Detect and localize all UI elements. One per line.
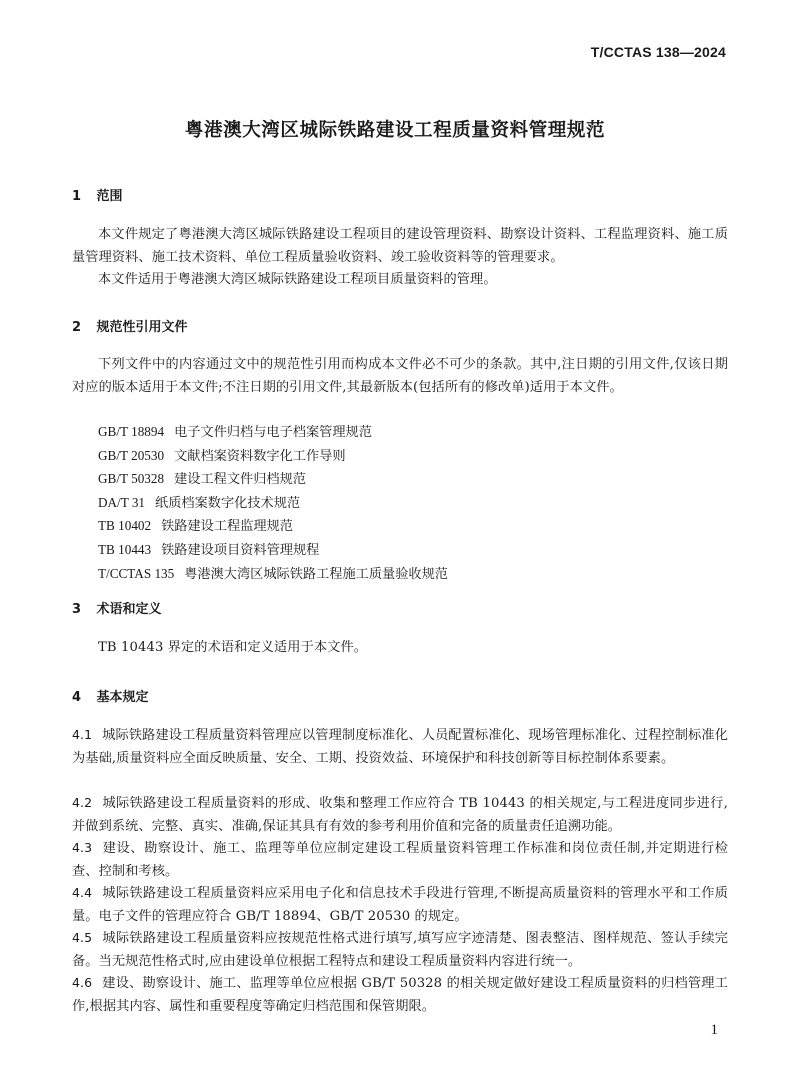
clause-number: 4.3 xyxy=(72,840,92,855)
section-title: 规范性引用文件 xyxy=(97,320,188,335)
normative-reference-list: GB/T 18894电子文件归档与电子档案管理规范 GB/T 20530文献档案… xyxy=(98,421,448,586)
reference-code: GB/T 20530 xyxy=(98,448,164,463)
clause-text: 建设、勘察设计、施工、监理等单位应根据 GB/T 50328 的相关规定做好建设… xyxy=(72,976,728,1014)
section-3-paragraph-1: TB 10443 界定的术语和定义适用于本文件。 xyxy=(72,637,728,660)
clause-text: 城际铁路建设工程质量资料应按规范性格式进行填写,填写应字迹清楚、图表整洁、图样规… xyxy=(72,931,728,969)
section-1-paragraph-1: 本文件规定了粤港澳大湾区城际铁路建设工程项目的建设管理资料、勘察设计资料、工程监… xyxy=(72,224,728,269)
clause-4-5: 4.5城际铁路建设工程质量资料应按规范性格式进行填写,填写应字迹清楚、图表整洁、… xyxy=(72,927,728,973)
section-title: 基本规定 xyxy=(97,690,149,705)
reference-title: 建设工程文件归档规范 xyxy=(174,472,306,487)
clause-4-2: 4.2城际铁路建设工程质量资料的形成、收集和整理工作应符合 TB 10443 的… xyxy=(72,792,728,838)
section-title: 范围 xyxy=(97,189,123,204)
reference-code: TB 10443 xyxy=(98,542,151,557)
reference-title: 文献档案资料数字化工作导则 xyxy=(174,449,345,464)
reference-title: 电子文件归档与电子档案管理规范 xyxy=(174,425,372,440)
section-1-paragraph-2: 本文件适用于粤港澳大湾区城际铁路建设工程项目质量资料的管理。 xyxy=(72,269,728,292)
clause-4-1: 4.1城际铁路建设工程质量资料管理应以管理制度标准化、人员配置标准化、现场管理标… xyxy=(72,724,728,770)
reference-item: GB/T 20530文献档案资料数字化工作导则 xyxy=(98,445,448,469)
clause-number: 4.6 xyxy=(72,975,92,990)
clause-number: 4.4 xyxy=(72,885,92,900)
clause-text: 城际铁路建设工程质量资料应采用电子化和信息技术手段进行管理,不断提高质量资料的管… xyxy=(72,886,728,924)
section-number: 3 xyxy=(72,602,92,617)
section-number: 1 xyxy=(72,189,92,204)
section-1-heading: 1 范围 xyxy=(72,185,123,204)
reference-code: DA/T 31 xyxy=(98,495,145,510)
clause-text: 城际铁路建设工程质量资料管理应以管理制度标准化、人员配置标准化、现场管理标准化、… xyxy=(72,728,728,766)
clause-4-3: 4.3建设、勘察设计、施工、监理等单位应制定建设工程质量资料管理工作标准和岗位责… xyxy=(72,837,728,883)
clause-text: 城际铁路建设工程质量资料的形成、收集和整理工作应符合 TB 10443 的相关规… xyxy=(72,796,728,834)
clause-4-6: 4.6建设、勘察设计、施工、监理等单位应根据 GB/T 50328 的相关规定做… xyxy=(72,972,728,1018)
reference-item: TB 10443铁路建设项目资料管理规程 xyxy=(98,539,448,563)
reference-code: GB/T 18894 xyxy=(98,424,164,439)
document-title: 粤港澳大湾区城际铁路建设工程质量资料管理规范 xyxy=(0,116,790,142)
clause-number: 4.5 xyxy=(72,930,92,945)
section-3-heading: 3 术语和定义 xyxy=(72,598,162,617)
clause-4-4: 4.4城际铁路建设工程质量资料应采用电子化和信息技术手段进行管理,不断提高质量资… xyxy=(72,882,728,928)
section-4-heading: 4 基本规定 xyxy=(72,686,149,705)
reference-title: 纸质档案数字化技术规范 xyxy=(155,496,300,511)
reference-title: 粤港澳大湾区城际铁路工程施工质量验收规范 xyxy=(184,567,448,582)
section-number: 2 xyxy=(72,320,92,335)
clause-number: 4.1 xyxy=(72,727,92,742)
standard-code: T/CCTAS 138—2024 xyxy=(591,44,726,60)
reference-item: GB/T 50328建设工程文件归档规范 xyxy=(98,468,448,492)
reference-item: TB 10402铁路建设工程监理规范 xyxy=(98,515,448,539)
section-number: 4 xyxy=(72,690,92,705)
reference-item: DA/T 31纸质档案数字化技术规范 xyxy=(98,492,448,516)
reference-code: GB/T 50328 xyxy=(98,471,164,486)
reference-title: 铁路建设项目资料管理规程 xyxy=(161,543,319,558)
section-title: 术语和定义 xyxy=(97,602,162,617)
section-2-heading: 2 规范性引用文件 xyxy=(72,316,188,335)
reference-code: TB 10402 xyxy=(98,518,151,533)
reference-item: T/CCTAS 135粤港澳大湾区城际铁路工程施工质量验收规范 xyxy=(98,563,448,587)
reference-code: T/CCTAS 135 xyxy=(98,566,174,581)
clause-text: 建设、勘察设计、施工、监理等单位应制定建设工程质量资料管理工作标准和岗位责任制,… xyxy=(72,841,728,879)
clause-number: 4.2 xyxy=(72,795,92,810)
page-number: 1 xyxy=(711,1022,719,1039)
reference-title: 铁路建设工程监理规范 xyxy=(161,519,293,534)
section-2-paragraph-1: 下列文件中的内容通过文中的规范性引用而构成本文件必不可少的条款。其中,注日期的引… xyxy=(72,354,728,399)
reference-item: GB/T 18894电子文件归档与电子档案管理规范 xyxy=(98,421,448,445)
